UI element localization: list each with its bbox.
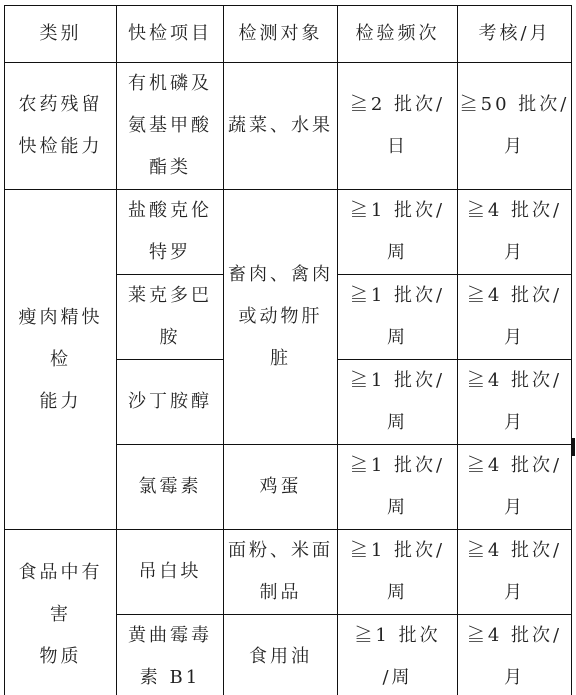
frequency-cell: ≧2 批次/ 日	[338, 63, 458, 190]
header-category: 类别	[5, 6, 117, 63]
item-cell: 吊白块	[117, 530, 224, 615]
assessment-cell: ≧50 批次/ 月	[458, 63, 572, 190]
item-cell: 氯霉素	[117, 445, 224, 530]
item-cell: 有机磷及 氨基甲酸 酯类	[117, 63, 224, 190]
object-cell: 畜肉、禽肉 或动物肝 脏	[224, 190, 338, 445]
assessment-cell: ≧4 批次/ 月	[458, 615, 572, 695]
assessment-cell: ≧4 批次/ 月	[458, 190, 572, 275]
object-cell: 面粉、米面 制品	[224, 530, 338, 615]
inspection-table: 类别 快检项目 检测对象 检验频次 考核/月 农药残留 快检能力 有机磷及 氨基…	[4, 5, 572, 695]
assessment-cell: ≧4 批次/ 月	[458, 530, 572, 615]
object-cell: 食用油	[224, 615, 338, 695]
table-row: 食品中有 害 物质 吊白块 面粉、米面 制品 ≧1 批次/ 周 ≧4 批次/ 月	[5, 530, 572, 615]
frequency-cell: ≧1 批次/ 周	[338, 360, 458, 445]
table-row: 农药残留 快检能力 有机磷及 氨基甲酸 酯类 蔬菜、水果 ≧2 批次/ 日 ≧5…	[5, 63, 572, 190]
assessment-cell: ≧4 批次/ 月	[458, 360, 572, 445]
header-row: 类别 快检项目 检测对象 检验频次 考核/月	[5, 6, 572, 63]
header-frequency: 检验频次	[338, 6, 458, 63]
frequency-cell: ≧1 批次/ 周	[338, 445, 458, 530]
object-cell: 鸡蛋	[224, 445, 338, 530]
item-cell: 黄曲霉毒 素 B1	[117, 615, 224, 695]
frequency-cell: ≧1 批次/ 周	[338, 530, 458, 615]
assessment-cell: ≧4 批次/ 月	[458, 445, 572, 530]
category-cell: 农药残留 快检能力	[5, 63, 117, 190]
category-cell: 瘦肉精快 检 能力	[5, 190, 117, 530]
item-cell: 莱克多巴 胺	[117, 275, 224, 360]
header-item: 快检项目	[117, 6, 224, 63]
edge-mark	[571, 438, 575, 456]
frequency-cell: ≧1 批次 /周	[338, 615, 458, 695]
table-row: 瘦肉精快 检 能力 盐酸克伦 特罗 畜肉、禽肉 或动物肝 脏 ≧1 批次/ 周 …	[5, 190, 572, 275]
frequency-cell: ≧1 批次/ 周	[338, 275, 458, 360]
item-cell: 盐酸克伦 特罗	[117, 190, 224, 275]
header-assessment: 考核/月	[458, 6, 572, 63]
header-object: 检测对象	[224, 6, 338, 63]
category-cell: 食品中有 害 物质	[5, 530, 117, 695]
item-cell: 沙丁胺醇	[117, 360, 224, 445]
frequency-cell: ≧1 批次/ 周	[338, 190, 458, 275]
object-cell: 蔬菜、水果	[224, 63, 338, 190]
assessment-cell: ≧4 批次/ 月	[458, 275, 572, 360]
